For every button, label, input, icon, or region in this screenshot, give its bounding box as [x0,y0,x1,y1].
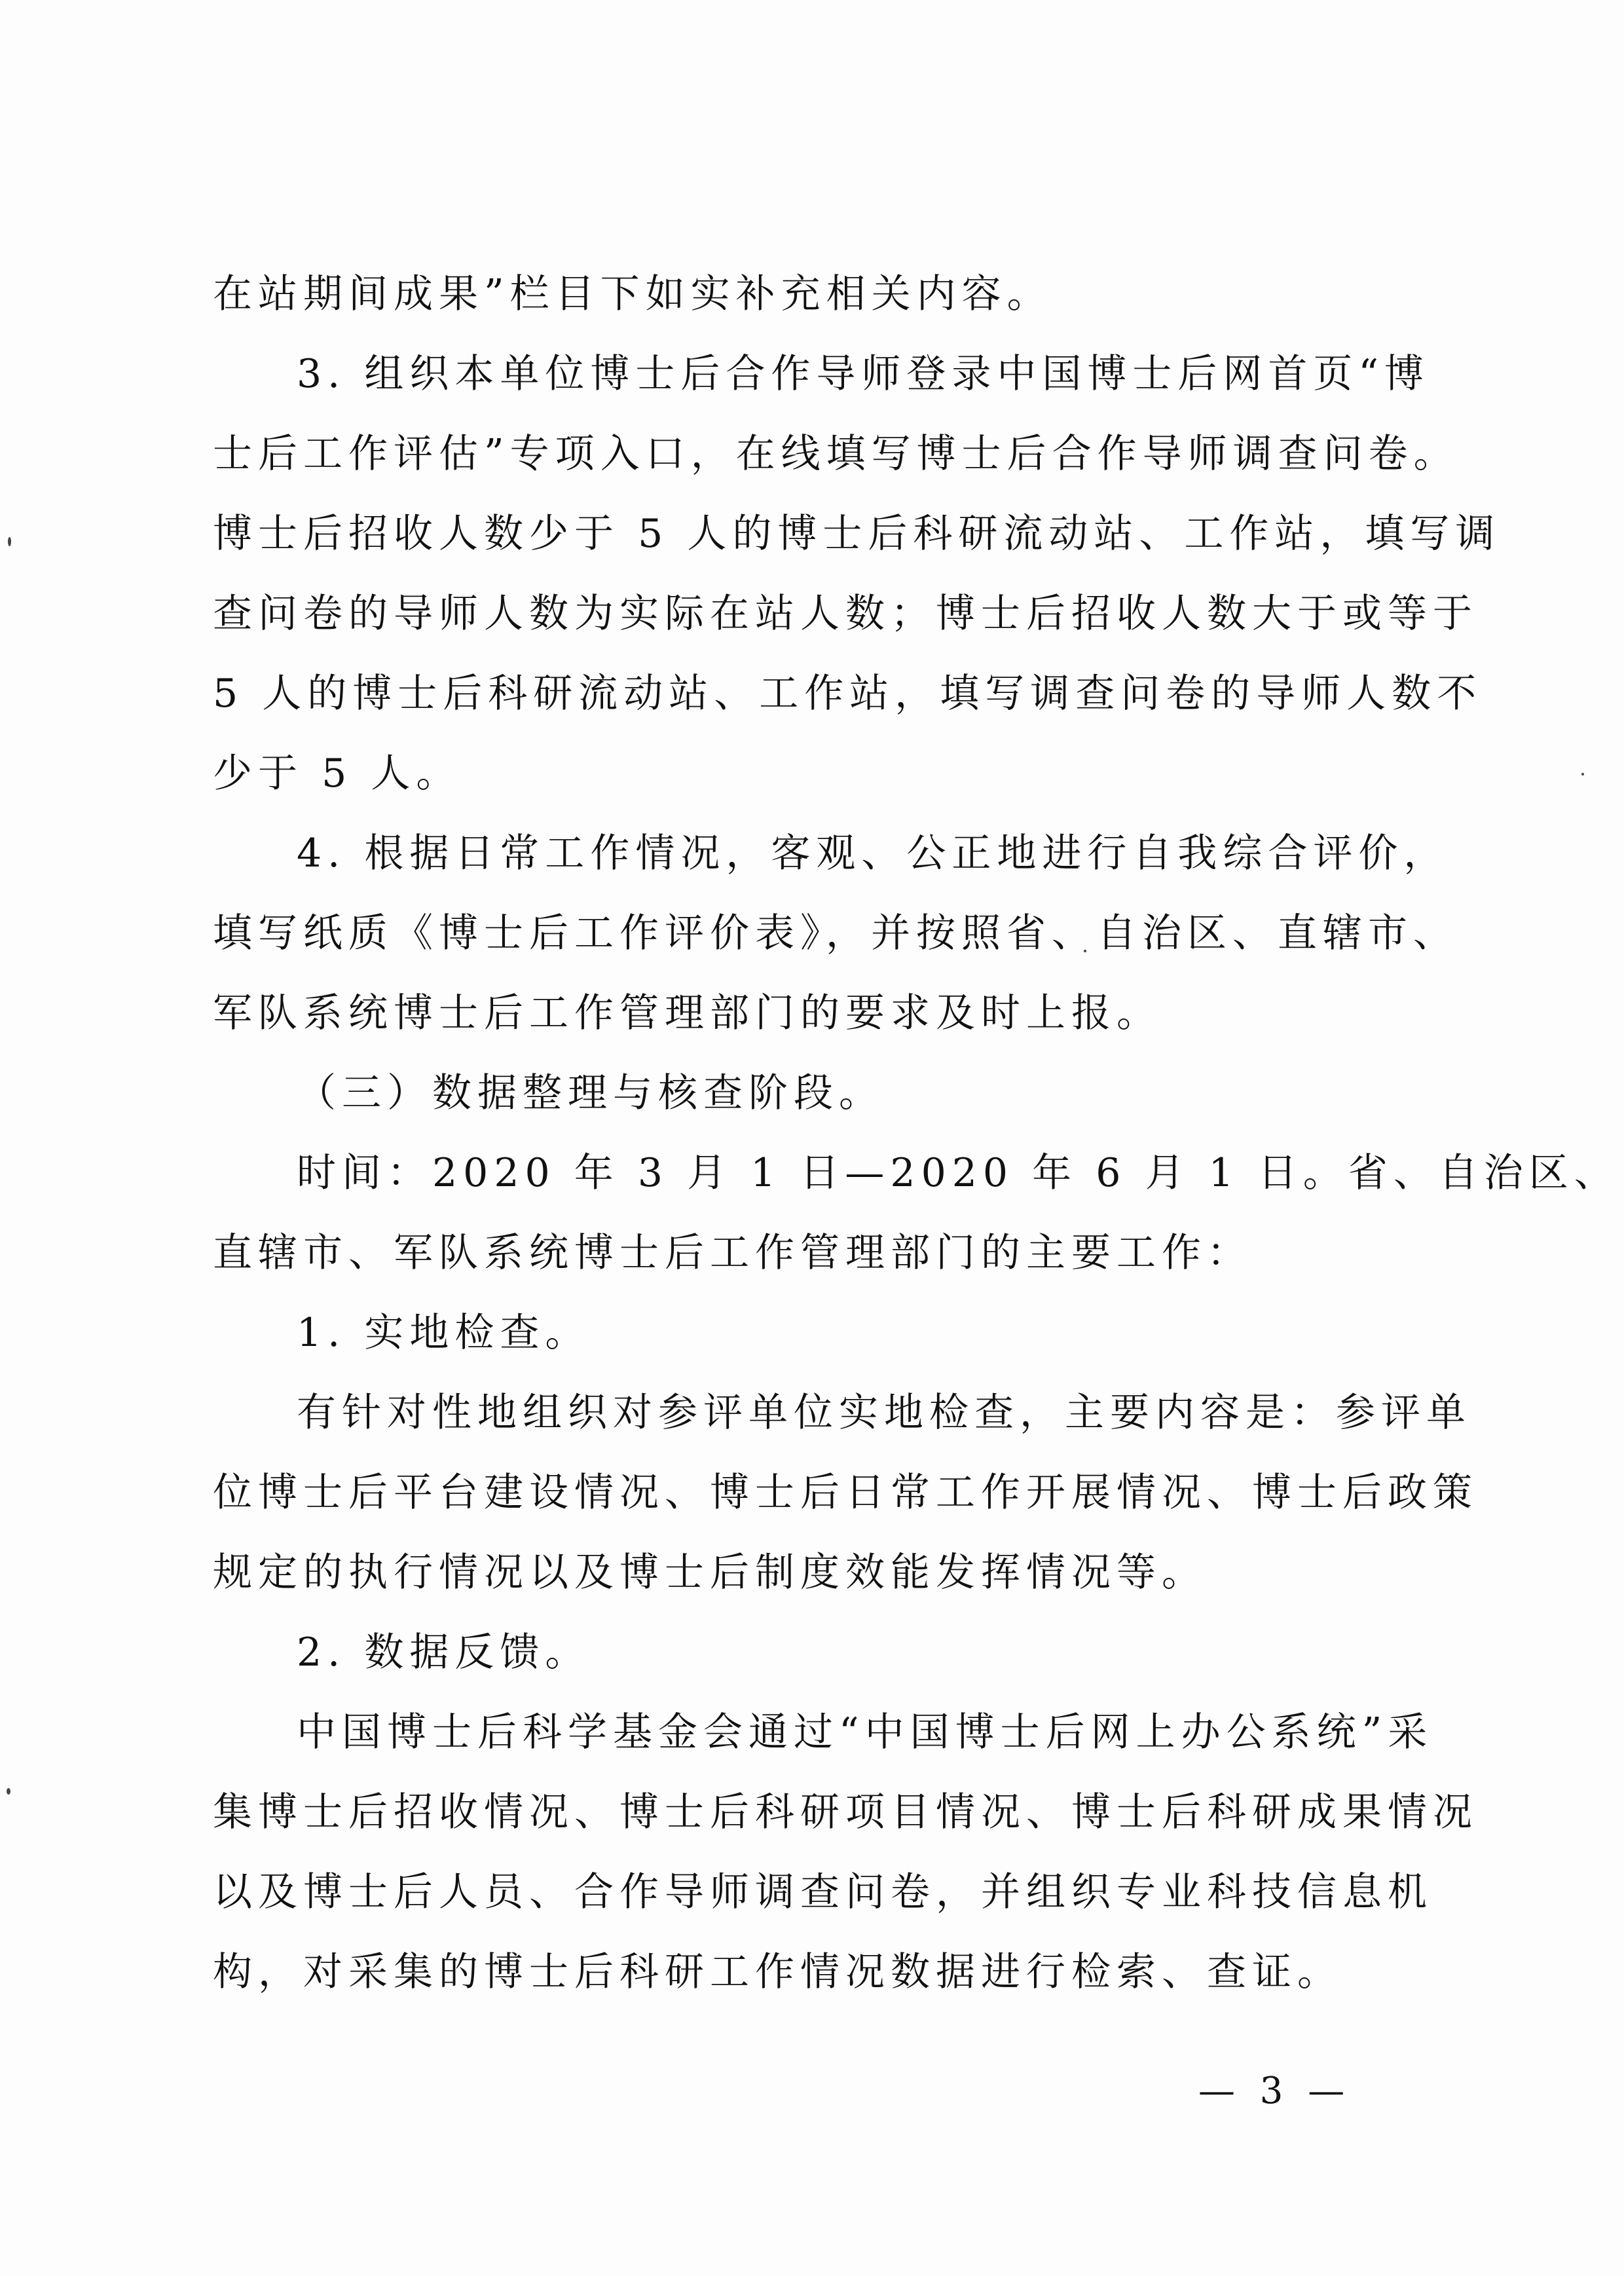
document-page: 在站期间成果”栏目下如实补充相关内容。 3. 组织本单位博士后合作导师登录中国博… [0,0,1624,2276]
scan-speck [7,1788,10,1795]
text-line: 规定的执行情况以及博士后制度效能发挥情况等。 [213,1533,1408,1613]
text-line: 时间：2020 年 3 月 1 日—2020 年 6 月 1 日。省、自治区、 [213,1133,1408,1213]
text-line: 少于 5 人。 [213,734,1408,813]
text-line: 位博士后平台建设情况、博士后日常工作开展情况、博士后政策 [213,1453,1408,1533]
text-line: 集博士后招收情况、博士后科研项目情况、博士后科研成果情况 [213,1772,1408,1852]
section-heading: （三）数据整理与核查阶段。 [213,1053,1408,1133]
text-line: 3. 组织本单位博士后合作导师登录中国博士后网首页“博 [213,334,1408,414]
subheading: 1. 实地检查。 [213,1293,1408,1373]
text-line: 中国博士后科学基金会通过“中国博士后网上办公系统”采 [213,1692,1408,1772]
text-line: 直辖市、军队系统博士后工作管理部门的主要工作： [213,1213,1408,1293]
text-line: 4. 根据日常工作情况，客观、公正地进行自我综合评价， [213,813,1408,893]
subheading: 2. 数据反馈。 [213,1613,1408,1692]
text-line: 查问卷的导师人数为实际在站人数；博士后招收人数大于或等于 [213,574,1408,654]
page-number: — 3 — [1198,2070,1351,2112]
text-line: 有针对性地组织对参评单位实地检查，主要内容是：参评单 [213,1373,1408,1453]
text-line: 填写纸质《博士后工作评价表》，并按照省、自治区、直辖市、 [213,893,1408,973]
text-line: 5 人的博士后科研流动站、工作站，填写调查问卷的导师人数不 [213,654,1408,734]
scan-speck [8,537,11,546]
text-line: 军队系统博士后工作管理部门的要求及时上报。 [213,973,1408,1053]
scan-speck [1084,950,1086,952]
document-body: 在站期间成果”栏目下如实补充相关内容。 3. 组织本单位博士后合作导师登录中国博… [213,254,1408,2012]
text-line: 博士后招收人数少于 5 人的博士后科研流动站、工作站，填写调 [213,494,1408,574]
text-line: 以及博士后人员、合作导师调查问卷，并组织专业科技信息机 [213,1852,1408,1932]
text-line: 士后工作评估”专项入口，在线填写博士后合作导师调查问卷。 [213,414,1408,494]
scan-speck [1581,773,1584,775]
text-line: 构，对采集的博士后科研工作情况数据进行检索、查证。 [213,1932,1408,2012]
text-line: 在站期间成果”栏目下如实补充相关内容。 [213,254,1408,334]
